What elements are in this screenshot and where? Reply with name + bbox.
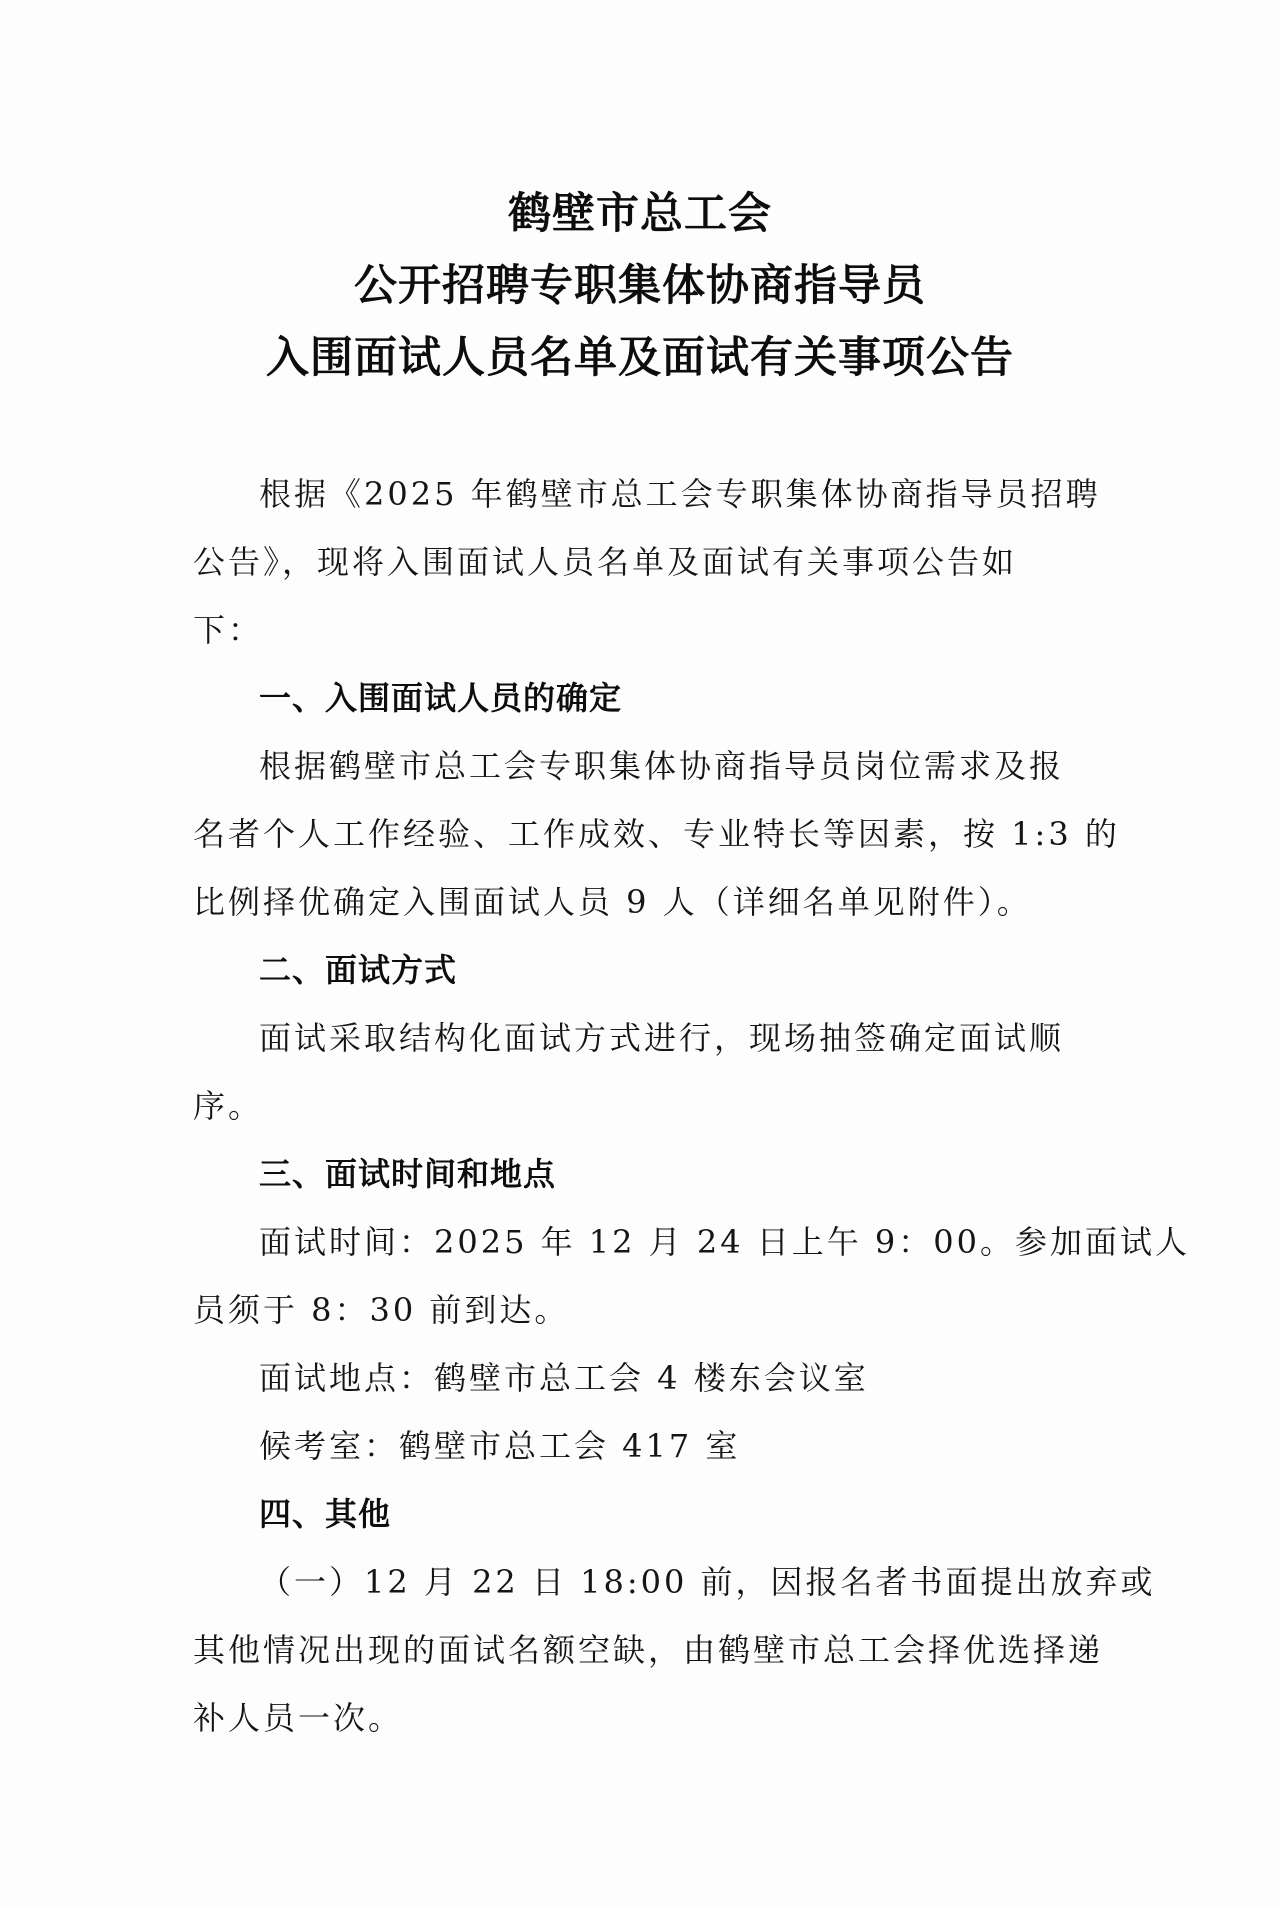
- title-line-subject: 公开招聘专职集体协商指导员: [0, 250, 1280, 322]
- intro-line: 公告》，现将入围面试人员名单及面试有关事项公告如: [193, 528, 1093, 596]
- section-heading-selection: 一、入围面试人员的确定: [193, 664, 1093, 732]
- waiting-room: 候考室：鹤壁市总工会 417 室: [193, 1412, 1093, 1480]
- document-body: 根据《2025 年鹤壁市总工会专职集体协商指导员招聘 公告》，现将入围面试人员名…: [193, 460, 1093, 1752]
- section-heading-other: 四、其他: [193, 1480, 1093, 1548]
- title-line-notice: 入围面试人员名单及面试有关事项公告: [0, 322, 1280, 394]
- section-heading-method: 二、面试方式: [193, 936, 1093, 1004]
- interview-location: 面试地点：鹤壁市总工会 4 楼东会议室: [193, 1344, 1093, 1412]
- intro-line: 下：: [193, 596, 1093, 664]
- document-page: 鹤壁市总工会 公开招聘专职集体协商指导员 入围面试人员名单及面试有关事项公告 根…: [0, 0, 1280, 1908]
- arrival-time: 员须于 8：30 前到达。: [193, 1276, 1093, 1344]
- interview-time: 面试时间：2025 年 12 月 24 日上午 9：00。参加面试人: [193, 1208, 1093, 1276]
- section-line: 面试采取结构化面试方式进行，现场抽签确定面试顺: [193, 1004, 1093, 1072]
- section-line: 根据鹤壁市总工会专职集体协商指导员岗位需求及报: [193, 732, 1093, 800]
- document-title: 鹤壁市总工会 公开招聘专职集体协商指导员 入围面试人员名单及面试有关事项公告: [0, 178, 1280, 394]
- intro-line: 根据《2025 年鹤壁市总工会专职集体协商指导员招聘: [193, 460, 1093, 528]
- section-line: 比例择优确定入围面试人员 9 人（详细名单见附件）。: [193, 868, 1093, 936]
- section-line: 补人员一次。: [193, 1684, 1093, 1752]
- section-line: （一）12 月 22 日 18:00 前，因报名者书面提出放弃或: [193, 1548, 1093, 1616]
- section-line: 名者个人工作经验、工作成效、专业特长等因素，按 1:3 的: [193, 800, 1093, 868]
- section-heading-time-place: 三、面试时间和地点: [193, 1140, 1093, 1208]
- title-line-organization: 鹤壁市总工会: [0, 178, 1280, 250]
- section-line: 其他情况出现的面试名额空缺，由鹤壁市总工会择优选择递: [193, 1616, 1093, 1684]
- section-line: 序。: [193, 1072, 1093, 1140]
